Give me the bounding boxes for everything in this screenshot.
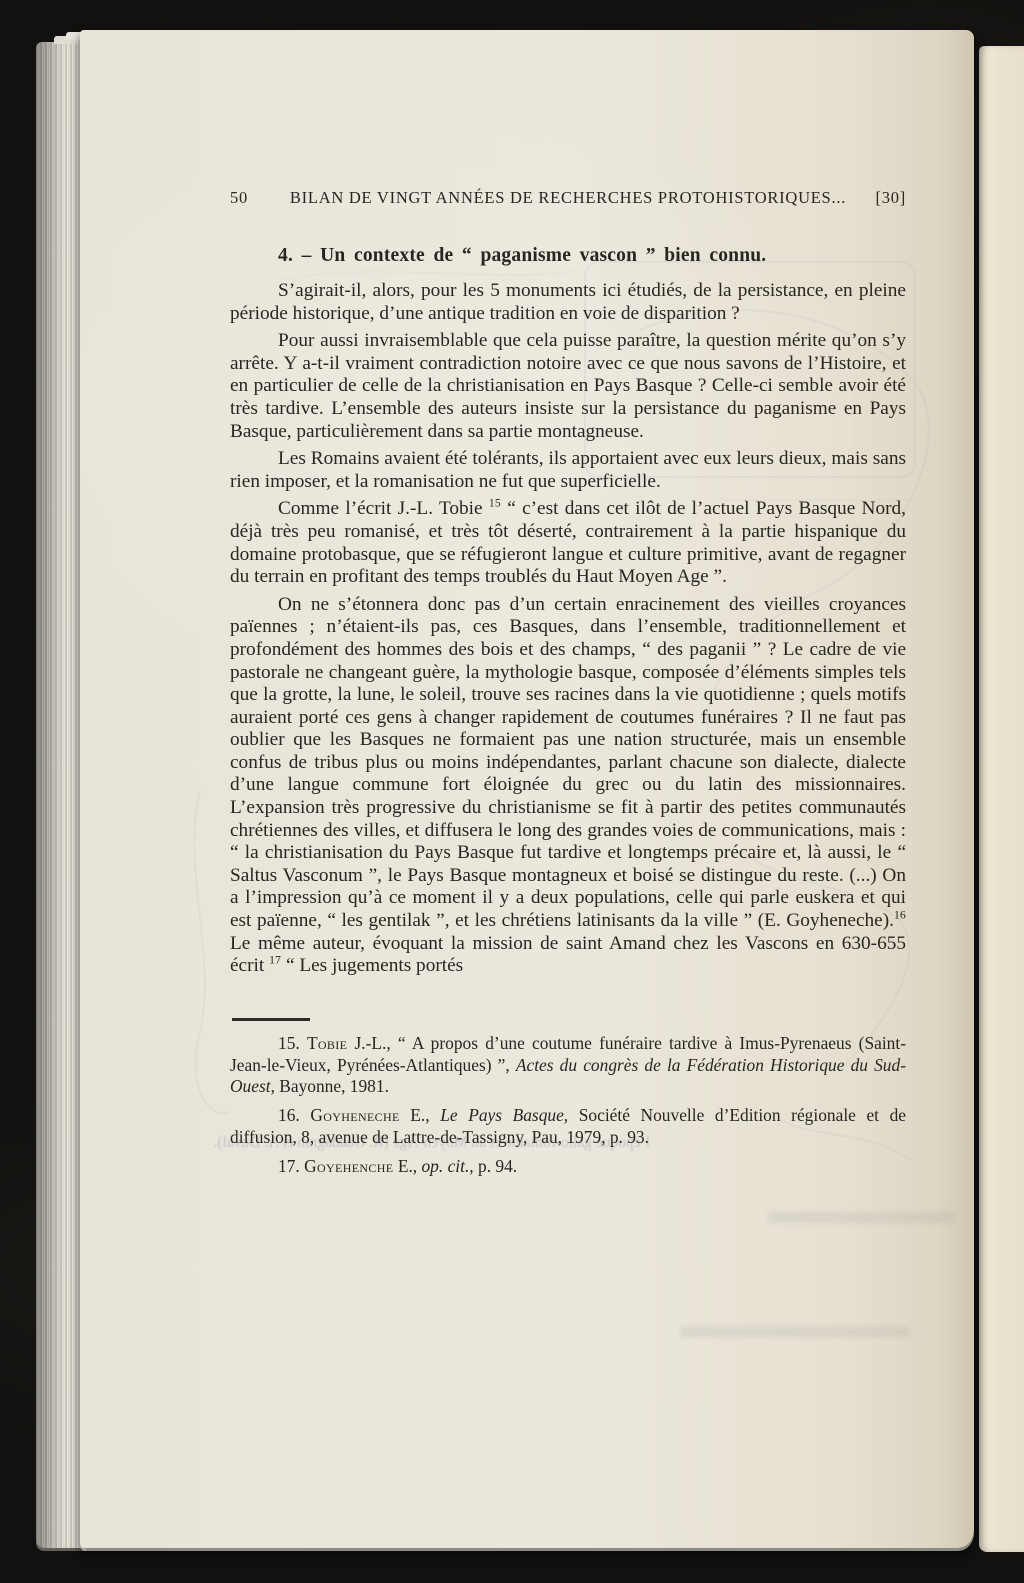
running-title: BILAN DE VINGT ANNÉES DE RECHERCHES PROT… — [282, 188, 854, 208]
bleedthrough-smudge — [768, 1212, 954, 1223]
book-page: l’époque gallo-romaine et au Moyen-Age (… — [80, 30, 974, 1548]
left-page-stack-edges — [36, 42, 86, 1548]
body-paragraph: Comme l’écrit J.-L. Tobie 15 “ c’est dan… — [230, 498, 906, 588]
photo-of-open-book: l’époque gallo-romaine et au Moyen-Age (… — [0, 0, 1024, 1583]
footnote: 17. Goyehenche E., op. cit., p. 94. — [230, 1156, 906, 1178]
body-paragraph: On ne s’étonnera donc pas d’un certain e… — [230, 594, 906, 978]
page-header: 50 BILAN DE VINGT ANNÉES DE RECHERCHES P… — [230, 188, 906, 208]
bracket-reference-number: [30] — [854, 188, 906, 208]
footnotes-list: 15. Tobie J.-L., “ A propos d’une coutum… — [230, 1033, 906, 1178]
footnote-block: 15. Tobie J.-L., “ A propos d’une coutum… — [230, 1018, 906, 1178]
footnote-separator-rule — [232, 1018, 310, 1021]
footnote: 15. Tobie J.-L., “ A propos d’une coutum… — [230, 1033, 906, 1098]
bleedthrough-smudge — [680, 1326, 910, 1337]
footnote: 16. Goyheneche E., Le Pays Basque, Socié… — [230, 1105, 906, 1149]
body-paragraph: Les Romains avaient été tolérants, ils a… — [230, 448, 906, 493]
page-number: 50 — [230, 188, 282, 208]
text-block: 50 BILAN DE VINGT ANNÉES DE RECHERCHES P… — [230, 188, 906, 1185]
body-paragraph: S’agirait-il, alors, pour les 5 monument… — [230, 280, 906, 325]
body-paragraph: Pour aussi invraisemblable que cela puis… — [230, 330, 906, 443]
section-heading: 4. – Un contexte de “ paganisme vascon ”… — [230, 245, 906, 267]
next-page-fore-edge — [979, 46, 1024, 1552]
body-paragraphs: S’agirait-il, alors, pour les 5 monument… — [230, 280, 906, 978]
